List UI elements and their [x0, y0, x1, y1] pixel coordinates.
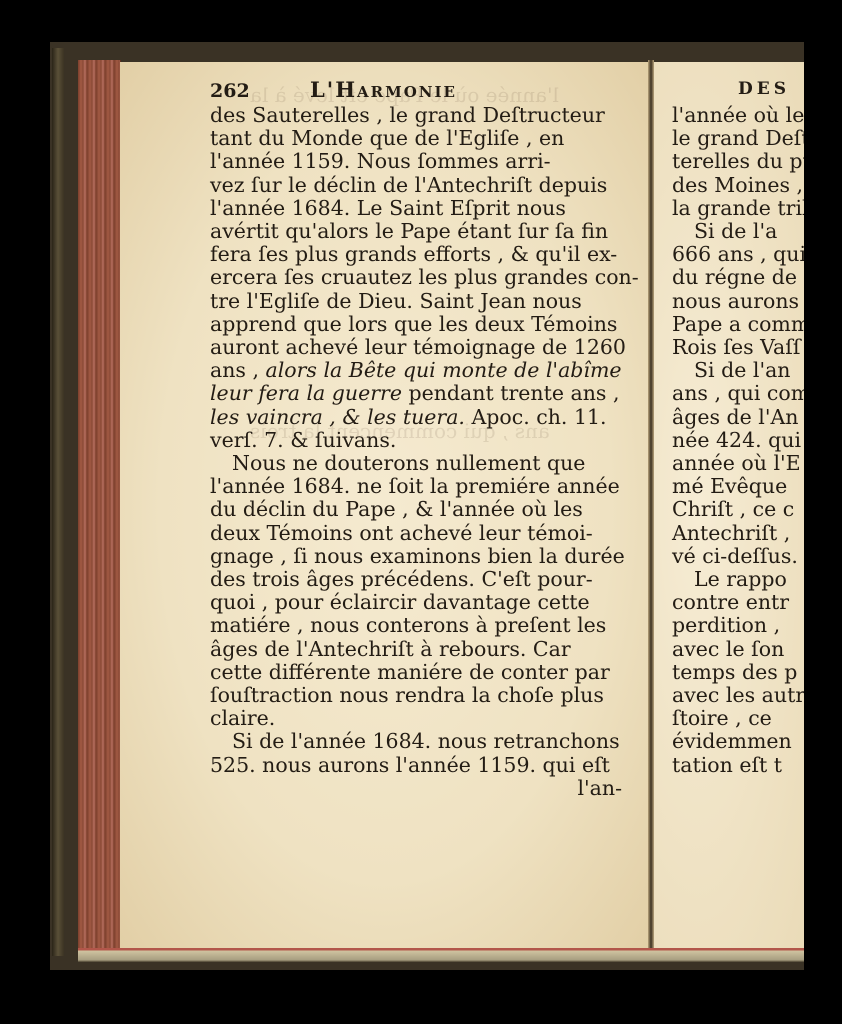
italic-quote: leur fera la guerre [210, 382, 402, 405]
paragraph-start-line: Si de l'année 1684. nous retranchons [210, 730, 622, 753]
text-line: auront achevé leur témoignage de 1260 [210, 336, 622, 359]
text-line: âges de l'Antechriſt à rebours. Car [210, 638, 622, 661]
text-line: l'année 1684. ne ſoit la premiére année [210, 475, 622, 498]
italic-quote: alors la Bête qui monte de l'abîme [266, 359, 622, 382]
text-line: 525. nous aurons l'année 1159. qui eſt [210, 754, 622, 777]
book-cover-edge [52, 48, 64, 956]
page-block-fore-edge [78, 60, 121, 950]
text-line-mixed: les vaincra , & les tuera. Apoc. ch. 11. [210, 406, 622, 429]
text-line: gnage , ſi nous examinons bien la durée [210, 545, 622, 568]
text-line: ſouſtraction nous rendra la choſe plus [210, 684, 622, 707]
text-line: cette différente maniére de conter par [210, 661, 622, 684]
text-line: claire. [210, 707, 622, 730]
text-line: avértit qu'alors le Pape étant ſur ſa fi… [210, 220, 622, 243]
text-line-mixed: ans , alors la Bête qui monte de l'abîme [210, 359, 622, 382]
running-head-title: L'Harmonie [310, 78, 457, 101]
running-head: 262 L'Harmonie [210, 78, 622, 104]
left-page-text: 262 L'Harmonie des Sauterelles , le gran… [210, 78, 622, 800]
text-line: fera ſes plus grands efforts , & qu'il e… [210, 243, 622, 266]
text-line-mixed: leur fera la guerre pendant trente ans , [210, 382, 622, 405]
text-line: vez ſur le déclin de l'Antechriſt depuis [210, 174, 622, 197]
text-line: des Sauterelles , le grand Deſtructeur [210, 104, 622, 127]
italic-quote: les vaincra , & les tuera. [210, 406, 465, 429]
text-line: des trois âges précédens. C'eſt pour- [210, 568, 622, 591]
text-line: apprend que lors que les deux Témoins [210, 313, 622, 336]
text-line: du déclin du Pape , & l'année où les [210, 498, 622, 521]
text-line: verſ. 7. & ſuivans. [210, 429, 622, 452]
scan-background [804, 0, 842, 1024]
text-line: quoi , pour éclaircir davantage cette [210, 591, 622, 614]
page-number: 262 [210, 80, 310, 103]
page-block-bottom-edge [78, 948, 804, 962]
text-line: matiére , nous conterons à preſent les [210, 614, 622, 637]
text-line: l'année 1684. Le Saint Eſprit nous [210, 197, 622, 220]
text-line: l'année 1159. Nous ſommes arri- [210, 150, 622, 173]
text-line: deux Témoins ont achevé leur témoi- [210, 522, 622, 545]
paragraph-start-line: Nous ne douterons nullement que [210, 452, 622, 475]
text-line: tre l'Egliſe de Dieu. Saint Jean nous [210, 290, 622, 313]
text-line: tant du Monde que de l'Egliſe , en [210, 127, 622, 150]
catchword: l'an- [210, 777, 622, 800]
text-line: ercera ſes cruautez les plus grandes con… [210, 266, 622, 289]
